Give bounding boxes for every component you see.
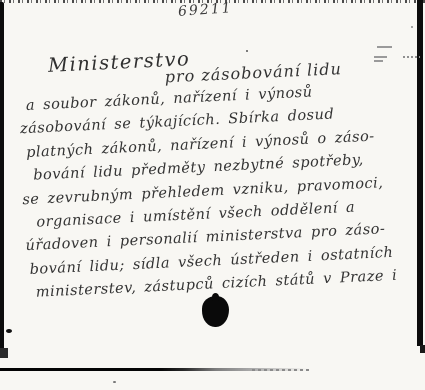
- scanned-document-page: 69211 Ministerstvo pro zásobování lidu a…: [0, 0, 425, 390]
- scan-edge-left: [0, 2, 4, 354]
- ink-speck: [411, 26, 413, 28]
- scan-edge-bottom-dots: [252, 369, 310, 371]
- ink-speck: [246, 50, 248, 52]
- ink-speck: [113, 381, 116, 383]
- ink-speck: [6, 329, 12, 333]
- document-number: 69211: [178, 0, 234, 20]
- scan-edge-left-foot: [0, 348, 8, 358]
- body-paragraph: a soubor zákonů, nařízení i výnosů zásob…: [14, 80, 423, 309]
- handwritten-text-block: Ministerstvo pro zásobování lidu a soubo…: [12, 37, 425, 338]
- scan-edge-right-nub: [420, 345, 425, 353]
